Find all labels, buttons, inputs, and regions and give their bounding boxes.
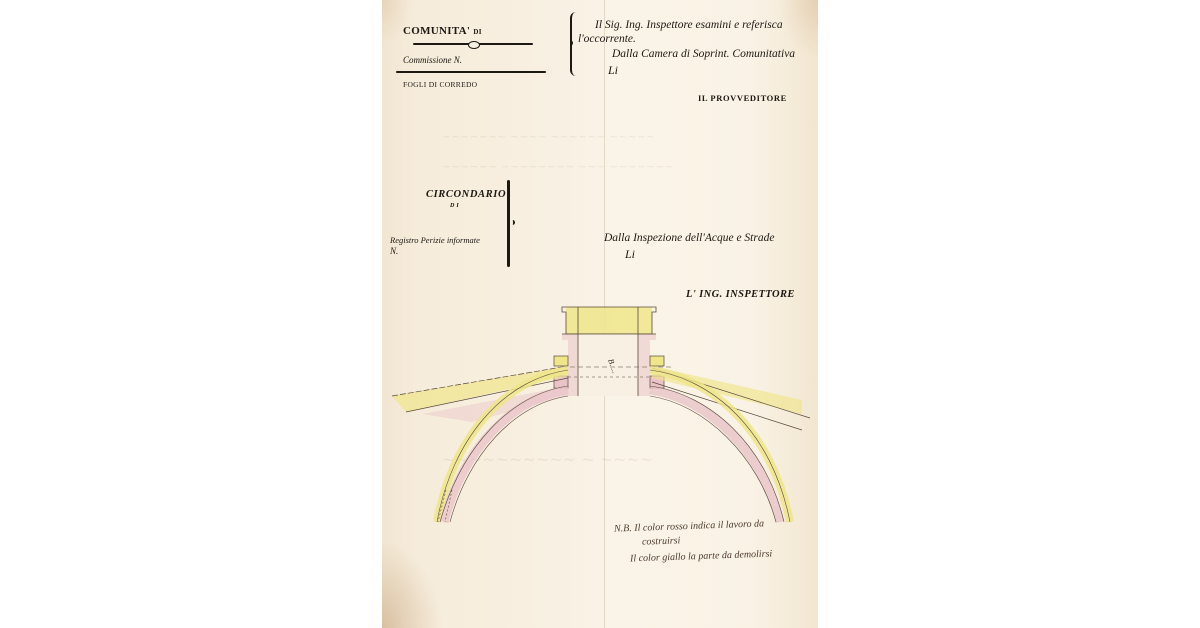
fogli-label: FOGLI DI CORREDO (403, 80, 477, 89)
note-line-3: Il color giallo la parte da demolirsi (630, 549, 773, 565)
comunita-heading: COMUNITA' DI (403, 25, 482, 37)
li-label: Li (625, 247, 635, 262)
circondario-heading: CIRCONDARIO (426, 189, 506, 200)
bridge-section-drawing: B. ... (382, 290, 818, 530)
camera-line: Dalla Camera di Soprint. Comunitativa (612, 48, 795, 60)
bleed-through-text: ~~~~~~ ~~~~~~~~ ~~~ ~~~~~~~ (442, 160, 674, 173)
order-line-1: Il Sig. Ing. Inspettore esamini e referi… (595, 19, 783, 31)
provveditore-title: IL PROVVEDITORE (698, 93, 787, 103)
li-label: Li (608, 63, 618, 78)
commissione-label: Commissione N. (403, 55, 462, 65)
numero-label: N. (390, 246, 398, 256)
note-line-2: costruirsi (642, 535, 681, 547)
order-line-2: l'occorrente. (578, 33, 636, 45)
brace-bracket (507, 180, 510, 267)
comunita-label: COMUNITA' (403, 25, 470, 37)
divider-rule (396, 71, 546, 73)
brace-bracket (570, 12, 578, 76)
registro-label: Registro Perizie informate (390, 235, 480, 245)
document-page: ~~~~~~~ ~~~~ ~~~~~~ ~~~~~ ~~~~~~ ~~~~~~~… (382, 0, 818, 628)
bleed-through-text: ~~~~~~~ ~~~~ ~~~~~~ ~~~~~ (442, 130, 655, 143)
ornamental-rule (413, 43, 533, 45)
circondario-di: DI (450, 203, 461, 209)
inspezione-line: Dalla Inspezione dell'Acque e Strade (604, 232, 774, 244)
comunita-di: DI (473, 28, 481, 36)
